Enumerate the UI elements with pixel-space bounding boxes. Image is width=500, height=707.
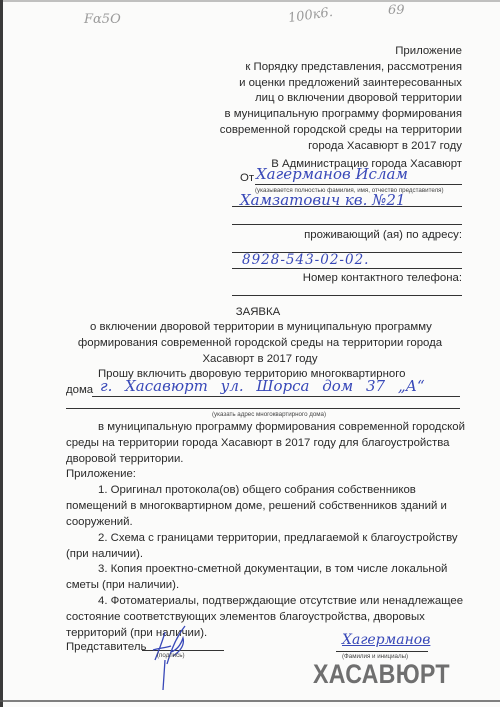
attachment-2-cont: (при наличии). xyxy=(66,547,143,563)
handwritten-from-name: Хагерманов Ислам xyxy=(256,165,408,183)
appendix-header: Приложение к Порядку представления, расс… xyxy=(142,44,462,155)
appendix-line: Приложение xyxy=(142,44,462,60)
attachment-3-cont: сметы (при наличии). xyxy=(66,578,179,594)
appendix-line: в муниципальную программу формирования xyxy=(142,107,462,123)
from-label: От xyxy=(240,171,254,187)
appendix-line: города Хасавюрт в 2017 году xyxy=(142,139,462,155)
house-address-line xyxy=(92,396,460,397)
application-subtitle-2: формирования современной городской среды… xyxy=(60,336,460,352)
phone-line xyxy=(232,268,462,269)
handwritten-phone: 8928-543-02-02. xyxy=(242,252,369,268)
blank-line xyxy=(232,224,462,225)
address-hint: (указать адрес многоквартирного дома) xyxy=(212,411,326,418)
attachment-4-cont: состояние соответствующих элементов благ… xyxy=(66,610,425,626)
residing-label: проживающий (ая) по адресу: xyxy=(304,228,462,244)
appendix-line: лиц о включении дворовой территории xyxy=(142,91,462,107)
attachment-1-cont: сооружений. xyxy=(66,515,133,531)
attachment-1-cont: помещений в многоквартирном доме, решени… xyxy=(66,499,447,515)
house-address-line-2 xyxy=(66,408,460,409)
application-subtitle-1: о включении дворовой территории в муници… xyxy=(90,320,430,336)
attachment-4: 4. Фотоматериалы, подтверждающие отсутст… xyxy=(98,594,463,610)
house-label: дома xyxy=(66,383,93,399)
scan-edge-top xyxy=(0,0,500,2)
signature-hint: (подпись) xyxy=(157,652,185,659)
body-line-2: среды на территории города Хасавюрт в 20… xyxy=(66,436,449,452)
attachment-3: 3. Копия проектно-сметной документации, … xyxy=(98,562,447,578)
attachment-2: 2. Схема с границами территории, предлаг… xyxy=(98,531,458,547)
application-subtitle-3: Хасавюрт в 2017 году xyxy=(60,352,460,368)
attachments-label: Приложение: xyxy=(66,467,136,483)
watermark-city: ХАСАВЮРТ xyxy=(313,659,450,690)
handwritten-name-initials: Хагерманов xyxy=(342,632,430,648)
handwritten-house-address: г. Хасавюрт ул. Шорса дом 37 „А“ xyxy=(100,377,425,395)
pencil-note-left: Fα5O xyxy=(84,12,121,27)
application-title: ЗАЯВКА xyxy=(8,305,500,321)
scan-edge-bottom xyxy=(0,700,500,702)
body-line-3: дворовой территории. xyxy=(66,452,183,468)
appendix-line: и оценки предложений заинтересованных xyxy=(142,76,462,92)
attachment-1: 1. Оригинал протокола(ов) общего собрани… xyxy=(98,483,416,499)
name-line xyxy=(336,651,428,652)
phone-label: Номер контактного телефона: xyxy=(303,271,462,287)
from-name-line xyxy=(255,184,462,185)
body-line-1: в муниципальную программу формирования с… xyxy=(98,420,465,436)
appendix-line: к Порядку представления, рассмотрения xyxy=(142,60,462,76)
appendix-line: современной городской среды на территори… xyxy=(142,123,462,139)
from-name-line-2 xyxy=(232,206,462,207)
blank-line-2 xyxy=(232,295,462,296)
scan-edge-left xyxy=(0,0,3,707)
page-number: 69 xyxy=(388,3,405,18)
pencil-note-center: 100к6. xyxy=(287,5,334,26)
representative-label: Представитель xyxy=(66,640,146,656)
scanned-document-page: Fα5O 100к6. 69 Приложение к Порядку пред… xyxy=(0,0,500,707)
